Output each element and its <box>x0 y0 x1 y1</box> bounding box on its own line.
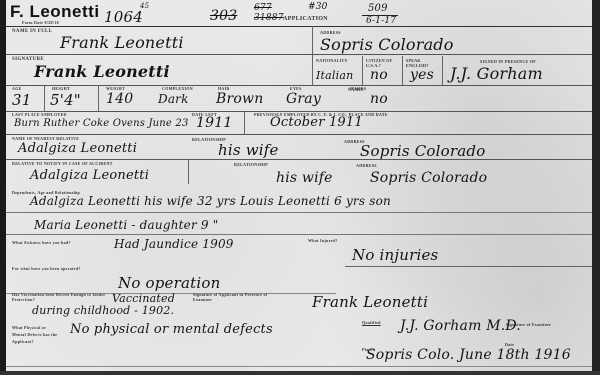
label-signature-applicant: Signature of Applicant in Presence of Ex… <box>193 292 283 302</box>
field-applicant-signature: Frank Leonetti <box>312 293 428 311</box>
scan-right-edge <box>592 0 600 375</box>
label-relative-accident: Relative to Notify in Case of Accident <box>12 161 113 166</box>
divider <box>188 160 189 184</box>
label-accident-address: Address <box>356 163 377 168</box>
field-dependents-line1: Adalgiza Leonetti his wife 32 yrs Louis … <box>30 194 391 208</box>
label-marks: Marks <box>350 86 366 91</box>
rule <box>6 159 592 160</box>
field-injured: No injuries <box>352 246 438 264</box>
field-signature: Frank Leonetti <box>34 62 170 81</box>
label-accident-relationship: Relationship <box>234 162 268 167</box>
field-accident-relationship: his wife <box>276 170 333 186</box>
field-citizen: no <box>370 67 388 83</box>
field-vaccination-2: during childhood - 1902. <box>32 304 174 317</box>
field-accident-address: Sopris Colorado <box>370 170 487 186</box>
rule <box>6 234 592 235</box>
label-qualified: Qualified <box>362 320 381 325</box>
divider <box>442 56 443 86</box>
label-sickness: What Sickness have you had? <box>12 240 71 245</box>
field-examiner-signature: J.J. Gorham M.D. <box>400 318 521 334</box>
application-label: APPLICATION <box>283 16 328 22</box>
label-defects: What Physical or Mental Defects has the … <box>12 324 58 345</box>
field-address: Sopris Colorado <box>320 35 454 54</box>
field-name-in-full: Frank Leonetti <box>60 33 184 52</box>
field-nationality: Italian <box>316 69 353 82</box>
field-sickness: Had Jaundice 1909 <box>114 237 234 251</box>
field-place-date: Sopris Colo. June 18th 1916 <box>366 347 571 363</box>
divider <box>362 56 363 86</box>
field-eyes: Gray <box>286 91 321 107</box>
rule <box>6 366 592 367</box>
field-hair: Brown <box>216 91 263 107</box>
struck-number-2: 677 <box>254 3 272 13</box>
rule <box>6 212 592 213</box>
rule <box>6 134 592 135</box>
label-complexion: Complexion <box>162 86 193 91</box>
header-number-sup: 45 <box>140 2 149 10</box>
card-tab-name: F. Leonetti <box>10 2 100 22</box>
field-weight: 140 <box>106 91 133 107</box>
field-accident-relative: Adalgiza Leonetti <box>30 168 149 183</box>
header-number: 1064 <box>104 8 143 26</box>
label-injured: What Injured? <box>308 238 338 243</box>
divider <box>402 56 403 86</box>
label-name-in-full: Name in Full <box>12 29 52 34</box>
divider <box>244 112 245 134</box>
field-relative-address: Sopris Colorado <box>360 142 485 160</box>
field-date-left: October 1911 <box>270 115 363 130</box>
fraction-top: 509 <box>368 3 388 14</box>
fraction-bottom: 6-1-17 <box>366 16 396 26</box>
field-last-place-year: 1911 <box>196 115 232 131</box>
label-previously-employed: Previously Employed by C. F. & I. Co., P… <box>254 112 388 117</box>
label-nationality: Nationality <box>316 58 348 63</box>
header-rule <box>6 26 592 27</box>
form-note: Form Date 9/28/16 <box>22 20 59 25</box>
field-complexion: Dark <box>158 92 189 106</box>
scan-left-edge <box>0 0 6 375</box>
field-age: 31 <box>12 91 32 109</box>
struck-number-3: 31887 <box>254 13 284 23</box>
field-last-place-employed: Burn Ruther Coke Ovens June 23 <box>14 118 189 129</box>
divider <box>312 26 313 86</box>
employment-record-card: F. Leonetti Form Date 9/28/16 1064 45 30… <box>0 0 600 375</box>
field-speak-english: yes <box>410 67 434 83</box>
label-vaccination: Has Vaccination been Recent Enough to In… <box>12 292 112 302</box>
scan-bottom-edge <box>0 371 600 375</box>
label-date-left: Date Left <box>192 112 217 117</box>
header-hash: #30 <box>308 2 328 12</box>
rule <box>6 54 592 55</box>
field-defects: No physical or mental defects <box>70 322 273 337</box>
field-relationship: his wife <box>218 141 279 159</box>
field-nearest-relative: Adalgiza Leonetti <box>18 141 137 156</box>
field-height: 5'4" <box>50 91 81 109</box>
label-last-place-employed: Last Place Employed <box>12 112 67 117</box>
field-dependents-line2: Maria Leonetti - daughter 9 " <box>34 218 219 232</box>
field-marks: no <box>370 91 388 107</box>
label-operated: For what have you been operated? <box>12 266 81 271</box>
divider <box>44 86 45 112</box>
struck-number-1: 303 <box>210 8 237 24</box>
field-operated: No operation <box>118 274 220 292</box>
rule <box>345 266 592 267</box>
divider <box>98 86 99 112</box>
field-signed-in-presence: J.J. Gorham <box>450 64 543 83</box>
